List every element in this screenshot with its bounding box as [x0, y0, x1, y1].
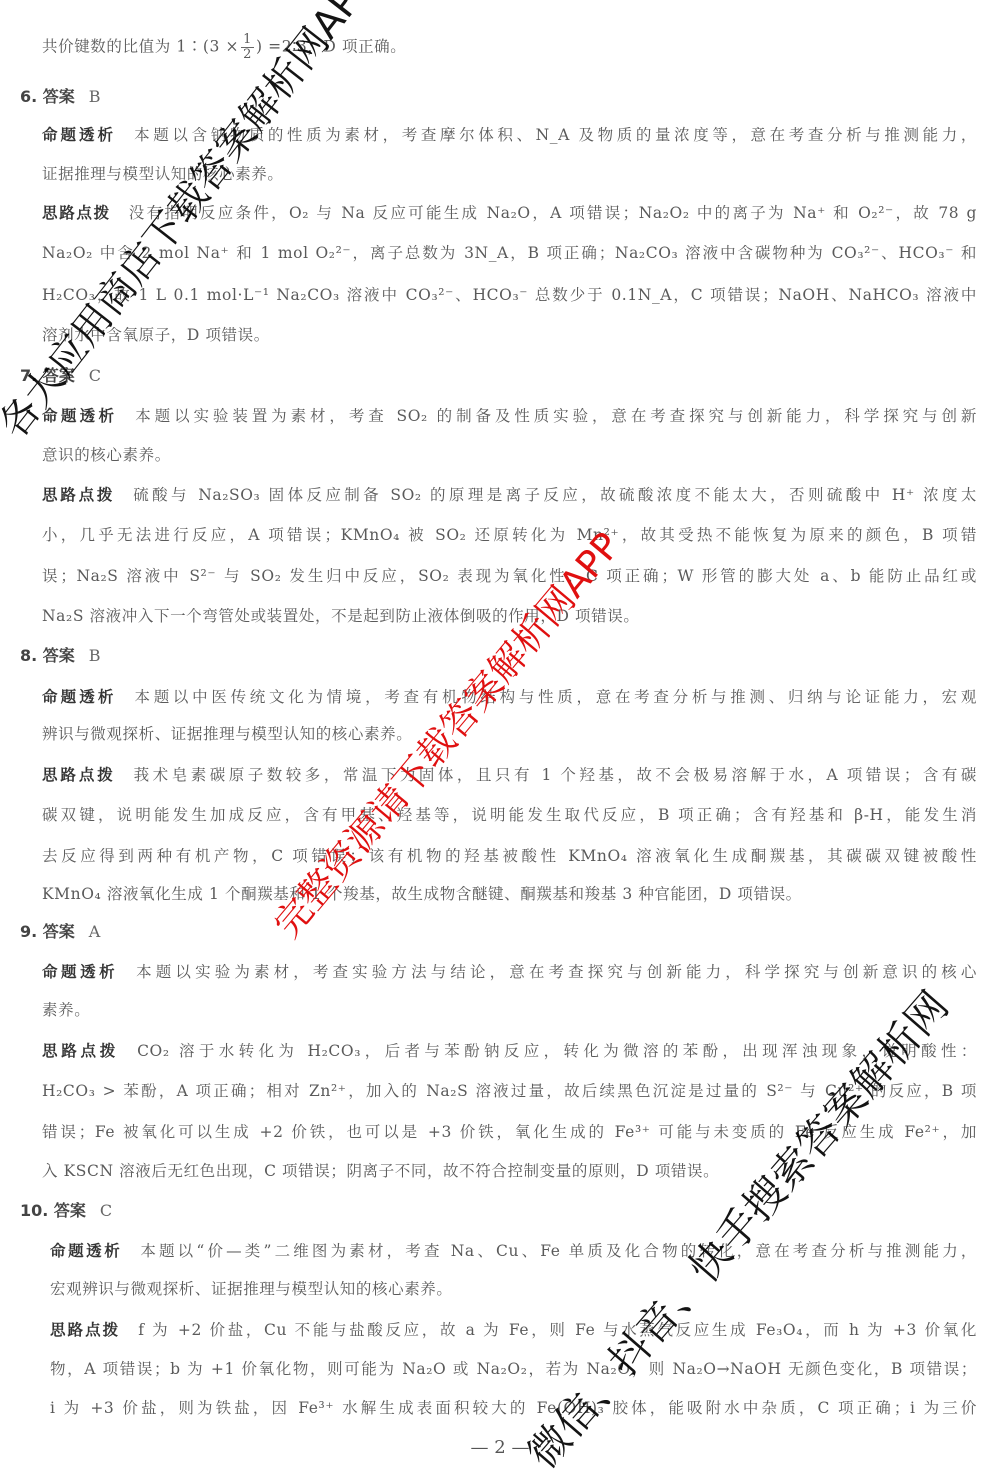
- fraction: 12: [241, 33, 254, 62]
- q10-hint-line-3: i 为 +3 价盐，则为铁盐，因 Fe³⁺ 水解生成表面积较大的 Fe(OH)₃…: [50, 1397, 977, 1419]
- hint-label: 思路点拨: [42, 486, 115, 504]
- q7-analysis-line-2: 意识的核心素养。: [42, 444, 977, 466]
- hint-label: 思路点拨: [50, 1321, 120, 1339]
- page-number: — 2 —: [0, 1437, 1000, 1458]
- q7-hint-line-1: 思路点拨硫酸与 Na₂SO₃ 固体反应制备 SO₂ 的原理是离子反应，故硫酸浓度…: [42, 484, 977, 506]
- q10-hint-line-1: 思路点拨f 为 +2 价盐，Cu 不能与盐酸反应，故 a 为 Fe，则 Fe 与…: [50, 1319, 977, 1341]
- analysis-label: 命题透析: [42, 126, 116, 144]
- answer-value: B: [89, 87, 101, 106]
- q7-hint-line-3: 误；Na₂S 溶液中 S²⁻ 与 SO₂ 发生归中反应，SO₂ 表现为氧化性，C…: [42, 565, 977, 587]
- question-6-header: 6. 答案B: [20, 86, 101, 108]
- question-9-header: 9. 答案A: [20, 921, 100, 943]
- intro-text: 共价键数的比值为 1∶(3 ×: [42, 38, 239, 56]
- q10-hint-line-2: 物，A 项错误；b 为 +1 价氧化物，则可能为 Na₂O 或 Na₂O₂，若为…: [50, 1358, 977, 1380]
- q8-hint-line-1: 思路点拨莪术皂素碳原子数较多，常温下为固体，且只有 1 个羟基，故不会极易溶解于…: [42, 764, 977, 786]
- hint-label: 思路点拨: [42, 1042, 119, 1060]
- q9-hint-line-1: 思路点拨CO₂ 溶于水转化为 H₂CO₃，后者与苯酚钠反应，转化为微溶的苯酚，出…: [42, 1040, 977, 1062]
- analysis-label: 命题透析: [42, 688, 116, 706]
- q7-analysis-line-1: 命题透析本题以实验装置为素材，考查 SO₂ 的制备及性质实验，意在考查探究与创新…: [42, 405, 977, 427]
- answer-value: C: [100, 1201, 112, 1220]
- q9-analysis-line-1: 命题透析本题以实验为素材，考查实验方法与结论，意在考查探究与创新能力，科学探究与…: [42, 961, 977, 983]
- hint-label: 思路点拨: [42, 204, 111, 222]
- q9-analysis-line-2: 素养。: [42, 999, 977, 1021]
- question-8-header: 8. 答案B: [20, 645, 101, 667]
- answer-value: C: [89, 366, 101, 385]
- q10-analysis-line-1: 命题透析本题以“价—类”二维图为素材，考查 Na、Cu、Fe 单质及化合物的转化…: [50, 1240, 977, 1262]
- answer-value: A: [89, 922, 101, 941]
- question-10-header: 10. 答案C: [20, 1200, 112, 1222]
- q6-analysis-line-1: 命题透析本题以含钠物质的性质为素材，考查摩尔体积、N_A 及物质的量浓度等，意在…: [42, 124, 977, 146]
- q10-analysis-line-2: 宏观辨识与微观探析、证据推理与模型认知的核心素养。: [50, 1278, 985, 1300]
- analysis-label: 命题透析: [50, 1242, 122, 1260]
- document-page: 共价键数的比值为 1∶(3 ×12) =2∶3，D 项正确。 6. 答案B 命题…: [0, 0, 1000, 1480]
- analysis-label: 命题透析: [42, 963, 118, 981]
- q7-hint-line-2: 小，几乎无法进行反应，A 项错误；KMnO₄ 被 SO₂ 还原转化为 Mn²⁺，…: [42, 524, 977, 546]
- q6-hint-line-3: H₂CO₃，故 1 L 0.1 mol·L⁻¹ Na₂CO₃ 溶液中 CO₃²⁻…: [42, 284, 977, 306]
- q8-hint-line-3: 去反应得到两种有机产物，C 项错误；该有机物的羟基被酸性 KMnO₄ 溶液氧化生…: [42, 845, 977, 867]
- q8-analysis-line-2: 辨识与微观探析、证据推理与模型认知的核心素养。: [42, 723, 977, 745]
- q8-hint-line-2: 碳双键，说明能发生加成反应，含有甲基、羟基等，说明能发生取代反应，B 项正确；含…: [42, 804, 977, 826]
- q8-hint-line-4: KMnO₄ 溶液氧化生成 1 个酮羰基和 1 个羧基，故生成物含醚键、酮羰基和羧…: [42, 883, 977, 905]
- hint-label: 思路点拨: [42, 766, 116, 784]
- intro-line: 共价键数的比值为 1∶(3 ×12) =2∶3，D 项正确。: [42, 33, 977, 62]
- q6-hint-line-4: 溶剂水中含氧原子，D 项错误。: [42, 324, 977, 346]
- watermark-app-store: 各大应用商店下载答案解析网APP: [0, 0, 386, 448]
- answer-value: B: [89, 646, 101, 665]
- q9-hint-line-4: 入 KSCN 溶液后无红色出现，C 项错误；阴离子不同，故不符合控制变量的原则，…: [42, 1160, 977, 1182]
